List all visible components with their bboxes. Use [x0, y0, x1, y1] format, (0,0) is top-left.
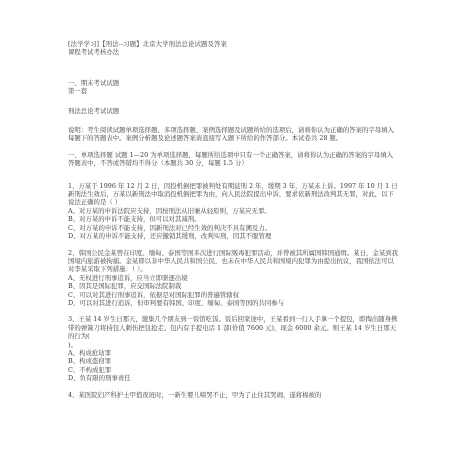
option-c: C、可以对其进行刑事追诉，依据是对国际犯罪的普遍管辖权 — [68, 291, 398, 299]
question-3: 3、王某 14 岁生日那天，邀集几个朋友到一饭馆吃饭。饭后回家途中，王某看到一行… — [68, 315, 398, 382]
option-d: D、可以对其进行追诉，但审判要有韩国、印度、缅甸、泰国等国的共同参与 — [68, 299, 398, 307]
part-one-description: 一、单项选择题 试题 1—20 为单项选择题，每题所给选项中只有一个正确答案，请… — [68, 151, 398, 168]
question-stem: 3、王某 14 岁生日那天，邀集几个朋友到一饭馆吃饭。饭后回家途中，王某看到一行… — [68, 315, 398, 340]
option-d: D、对万某的申诉不能支持，还应撤销其缓刑，改判实刑，因其不服管理 — [68, 232, 398, 240]
option-b: B、对万某的申诉不能支持，但可以对其减刑。 — [68, 215, 398, 223]
question-stem-continued: )。 — [68, 341, 398, 349]
set-label: 第一套 — [68, 87, 398, 95]
option-d: D、负有限的刑事责任 — [68, 374, 398, 382]
option-b: B、因其是国际犯罪，应交国际法院制裁 — [68, 282, 398, 290]
option-c: C、不构成犯罪 — [68, 366, 398, 374]
question-stem: 2、韩国公民金某曾在印度、缅甸、泰国等国多次进行国际贩毒犯罪活动，并曾被其所属国… — [68, 249, 398, 274]
question-1: 1、万某于 1996 年 12 月 2 日，因投机倒把罪被判处有期徒刑 2 年，… — [68, 182, 398, 241]
question-stem: 4、某医院妇产科护士甲值夜班时，一新生婴儿啼哭不止，甲为了止住其哭闹，遂将棉被的 — [68, 391, 398, 399]
question-stem: 1、万某于 1996 年 12 月 2 日，因投机倒把罪被判处有期徒刑 2 年，… — [68, 182, 398, 207]
option-b: B、构成盗窃罪 — [68, 357, 398, 365]
option-a: A、构成抢劫罪 — [68, 349, 398, 357]
document-page: [法学学习]【刑法--习题】北京大学刑法总论试题及答案 课程考试考核办法 一、期… — [0, 0, 452, 452]
option-a: A、无权进行刑事追诉，应当立即驱逐出境 — [68, 274, 398, 282]
question-2: 2、韩国公民金某曾在印度、缅甸、泰国等国多次进行国际贩毒犯罪活动，并曾被其所属国… — [68, 249, 398, 308]
question-4: 4、某医院妇产科护士甲值夜班时，一新生婴儿啼哭不止，甲为了止住其哭闹，遂将棉被的 — [68, 391, 398, 399]
document-subtitle: 课程考试考核办法 — [68, 48, 398, 56]
exam-title: 刑法总论考试试题 — [68, 107, 398, 115]
section-heading: 一、期末考试试题 — [68, 79, 398, 87]
option-c: C、对万某的申诉不能支持，因新刑法对已经生效的判决不具有溯及力。 — [68, 224, 398, 232]
document-body: [法学学习]【刑法--习题】北京大学刑法总论试题及答案 课程考试考核办法 一、期… — [68, 40, 398, 399]
instructions: 说明：考生阅读试题单项选择题、多项选择题、案例选择题及试题所给的选项后，请将你认… — [68, 126, 398, 143]
